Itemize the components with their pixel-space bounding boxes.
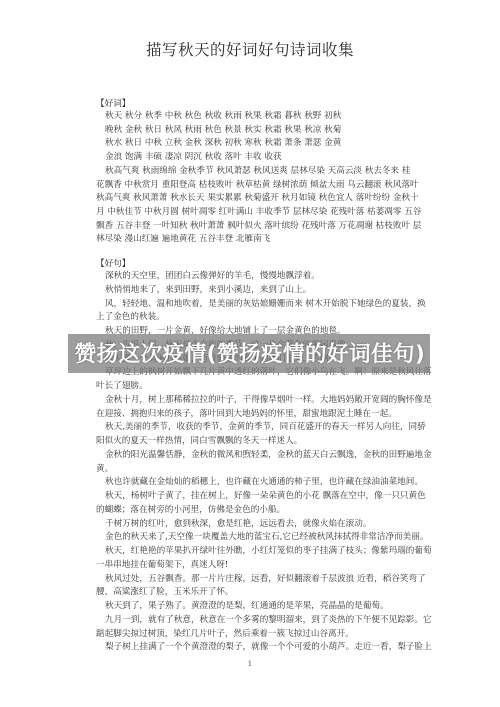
word-line: 秋水 秋日 中秋 立秋 金秋 深秋 初秋 寒秋 秋霜 萧条 萧瑟 金黄 xyxy=(96,137,441,151)
sentence-line: 深秋的天空里，团团白云像弹好的羊毛，慢慢地飘浮着。 xyxy=(96,270,441,284)
sentence-line: 金秋的阳光温馨恬静，金秋的微风和煦轻柔，金秋的蓝天白云飘逸，金秋的田野遍地金 xyxy=(96,449,441,463)
sentence-line: 的蝴蝶；落在树旁的小河里，仿佛是金色的小船。 xyxy=(96,504,441,518)
document-title: 描写秋天的好词好句诗词收集 xyxy=(0,38,500,60)
sentence-line: 在迎接、拥抱归来的孩子，落叶回到大地妈妈的怀里，甜蜜地跟泥土睡在一起。 xyxy=(96,408,441,422)
overlay-banner-title: 赞扬这次疫情(赞扬疫情的好词佳句) xyxy=(0,337,500,368)
word-line: 秋高气爽 秋雨绵绵 金秋季节 秋风萧瑟 秋风送爽 层林尽染 天高云淡 秋去冬来 … xyxy=(96,165,441,179)
word-line: 秋天 秋分 秋季 中秋 秋色 秋收 秋雨 秋果 秋霜 暮秋 秋野 初秋 xyxy=(96,110,441,124)
sentence-line: 九月一到，就有了秋意，秋意在一个多雾的黎明溜来，到了炎热的下午便不见踪影。它 xyxy=(96,614,441,628)
sentence-line: 秋天,美丽的季节，收获的季节，金黄的季节，同百花盛开的春天一样另人向往，同骄 xyxy=(96,421,441,435)
good-words-heading: 【好词】 xyxy=(96,97,130,109)
good-sentences-heading: 【好句】 xyxy=(96,257,130,269)
word-line: 晚秋 金秋 秋日 秋风 秋雨 秋色 秋景 秋实 秋霜 秋果 秋凉 秋菊 xyxy=(96,124,441,138)
sentence-line: 金色的秋天来了,天空像一块覆盖大地的蓝宝石,它已经被秋风抹拭得非常洁净而美丽。 xyxy=(96,531,441,545)
sentence-line: 秋风过处，五谷飘香。那一片片庄稼，远看，好似翻滚着千层波浪 近看，稻谷笑弯了 xyxy=(96,573,441,587)
sentence-line: 风，轻轻地、温和地吹着，是美丽的灰姑娘姗姗而来 树木开始脱下她绿色的夏装，换 xyxy=(96,298,441,312)
word-line: 花飘香 中秋赏月 重阳登高 枯枝败叶 秋草枯黄 绿树浓荫 倾盆大雨 乌云翻滚 秋… xyxy=(96,179,441,193)
sentence-line: 金秋十月，树上那稀稀拉拉的叶子，干得像旱烟叶一样。大地妈妈敞开宽阔的胸怀像是 xyxy=(96,394,441,408)
document-page: 描写秋天的好词好句诗词收集 【好词】 秋天 秋分 秋季 中秋 秋色 秋收 秋雨 … xyxy=(0,0,500,707)
sentence-line: 秋也许就藏在金灿灿的稻穗上，也许藏在火通通的柿子里，也许藏在绿油油菜地间。 xyxy=(96,476,441,490)
sentence-line: 秋悄悄地来了，来到田野，来到小溪边，来到了山上。 xyxy=(96,284,441,298)
sentence-line: 上了金色的秋装。 xyxy=(96,311,441,325)
word-line: 林尽染 漫山红遍 遍地黄花 五谷丰登 北雁南飞 xyxy=(96,233,441,247)
good-words-list: 秋天 秋分 秋季 中秋 秋色 秋收 秋雨 秋果 秋霜 暮秋 秋野 初秋 晚秋 金… xyxy=(96,110,441,247)
word-line: 月 中秋佳节 中秋月圆 树叶凋零 红叶满山 丰收季节 层林尽染 花残叶落 枯萎凋… xyxy=(96,206,441,220)
good-sentences-list: 深秋的天空里，团团白云像弹好的羊毛，慢慢地飘浮着。 秋悄悄地来了，来到田野，来到… xyxy=(96,270,441,655)
sentence-line: 黄。 xyxy=(96,463,441,477)
word-line: 秋高气爽 秋风萧萧 秋水长天 果实累累 秋菊盛开 秋月如镜 秋色宜人 落叶纷纷 … xyxy=(96,192,441,206)
word-line: 飘香 五谷丰登 一叶知秋 秋叶萧萧 枫叶似火 落叶缤纷 花残叶落 万花凋谢 枯枝… xyxy=(96,220,441,234)
sentence-line: 秋天，红艳艳的苹果扒开绿叶往外瞧，小红灯笼似的枣子挂满了枝头；像紫玛瑙的葡萄 xyxy=(96,545,441,559)
sentence-line: 阳似火的夏天一样热情，同白雪飘飘的冬天一样迷人。 xyxy=(96,435,441,449)
sentence-line: 腰，高粱涨红了脸，玉米乐开了怀。 xyxy=(96,586,441,600)
sentence-line: 千树万树的红叶，愈到秋深，愈是红艳，远远看去，就像火焰在滚动。 xyxy=(96,518,441,532)
page-number: 1 xyxy=(0,660,500,668)
sentence-line: 叶长了翅膀。 xyxy=(96,380,441,394)
sentence-line: 秋天到了，果子熟了。黄澄澄的是梨，红通通的是苹果，亮晶晶的是葡萄。 xyxy=(96,600,441,614)
sentence-line: 踮起脚尖掠过树顶，染红几片叶子，然后乘着一簇飞掠过山谷离开。 xyxy=(96,628,441,642)
sentence-line: 梨子树上挂满了一个个黄澄澄的梨子，就像一个个可爱的小葫芦。走近一看，梨子脸上 xyxy=(96,641,441,655)
word-line: 金浪 饱满 丰硕 凄凉 阴沉 秋收 落叶 丰收 收获 xyxy=(96,151,441,165)
sentence-line: 秋天，杨树叶子黄了，挂在树上，好像一朵朵黄色的小花 飘落在空中，像一只只黄色 xyxy=(96,490,441,504)
sentence-line: 一串串地挂在葡萄架下，真迷人呀! xyxy=(96,559,441,573)
